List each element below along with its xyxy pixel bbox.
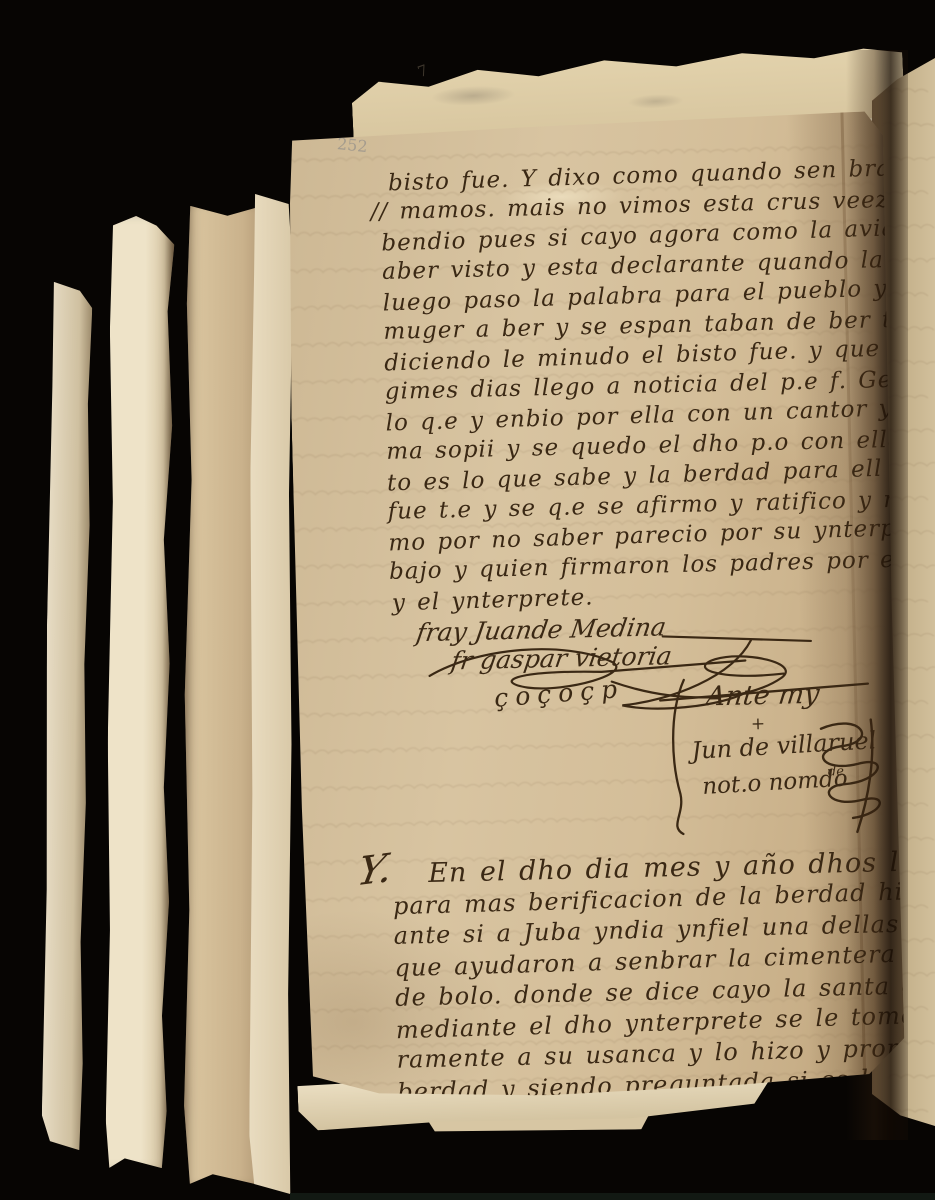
faint-page-number: 252 [336,134,368,156]
testimony-paragraph: bisto fue. Y dixo como quando sen bramos… [380,154,906,616]
notary-ante-mi: Ante my [704,679,821,713]
page-edge-strip [182,206,261,1184]
verification-paragraph: En el dho dia mes y año dhos los dhos pa… [392,846,906,1101]
faint-pencil-mark: 7 [415,61,430,81]
manuscript-page: 252 bisto fue. Y dixo como quando sen br… [285,111,906,1101]
manuscript-photo: 7 252 bisto fue. Y dixo como quando sen … [0,0,935,1200]
scanner-edge [290,1193,935,1200]
notary-rubric-scribble [791,717,898,839]
page-edge-strip [41,282,92,1150]
notary-cross-mark: + [751,714,766,734]
page-edge-strip [106,216,175,1168]
